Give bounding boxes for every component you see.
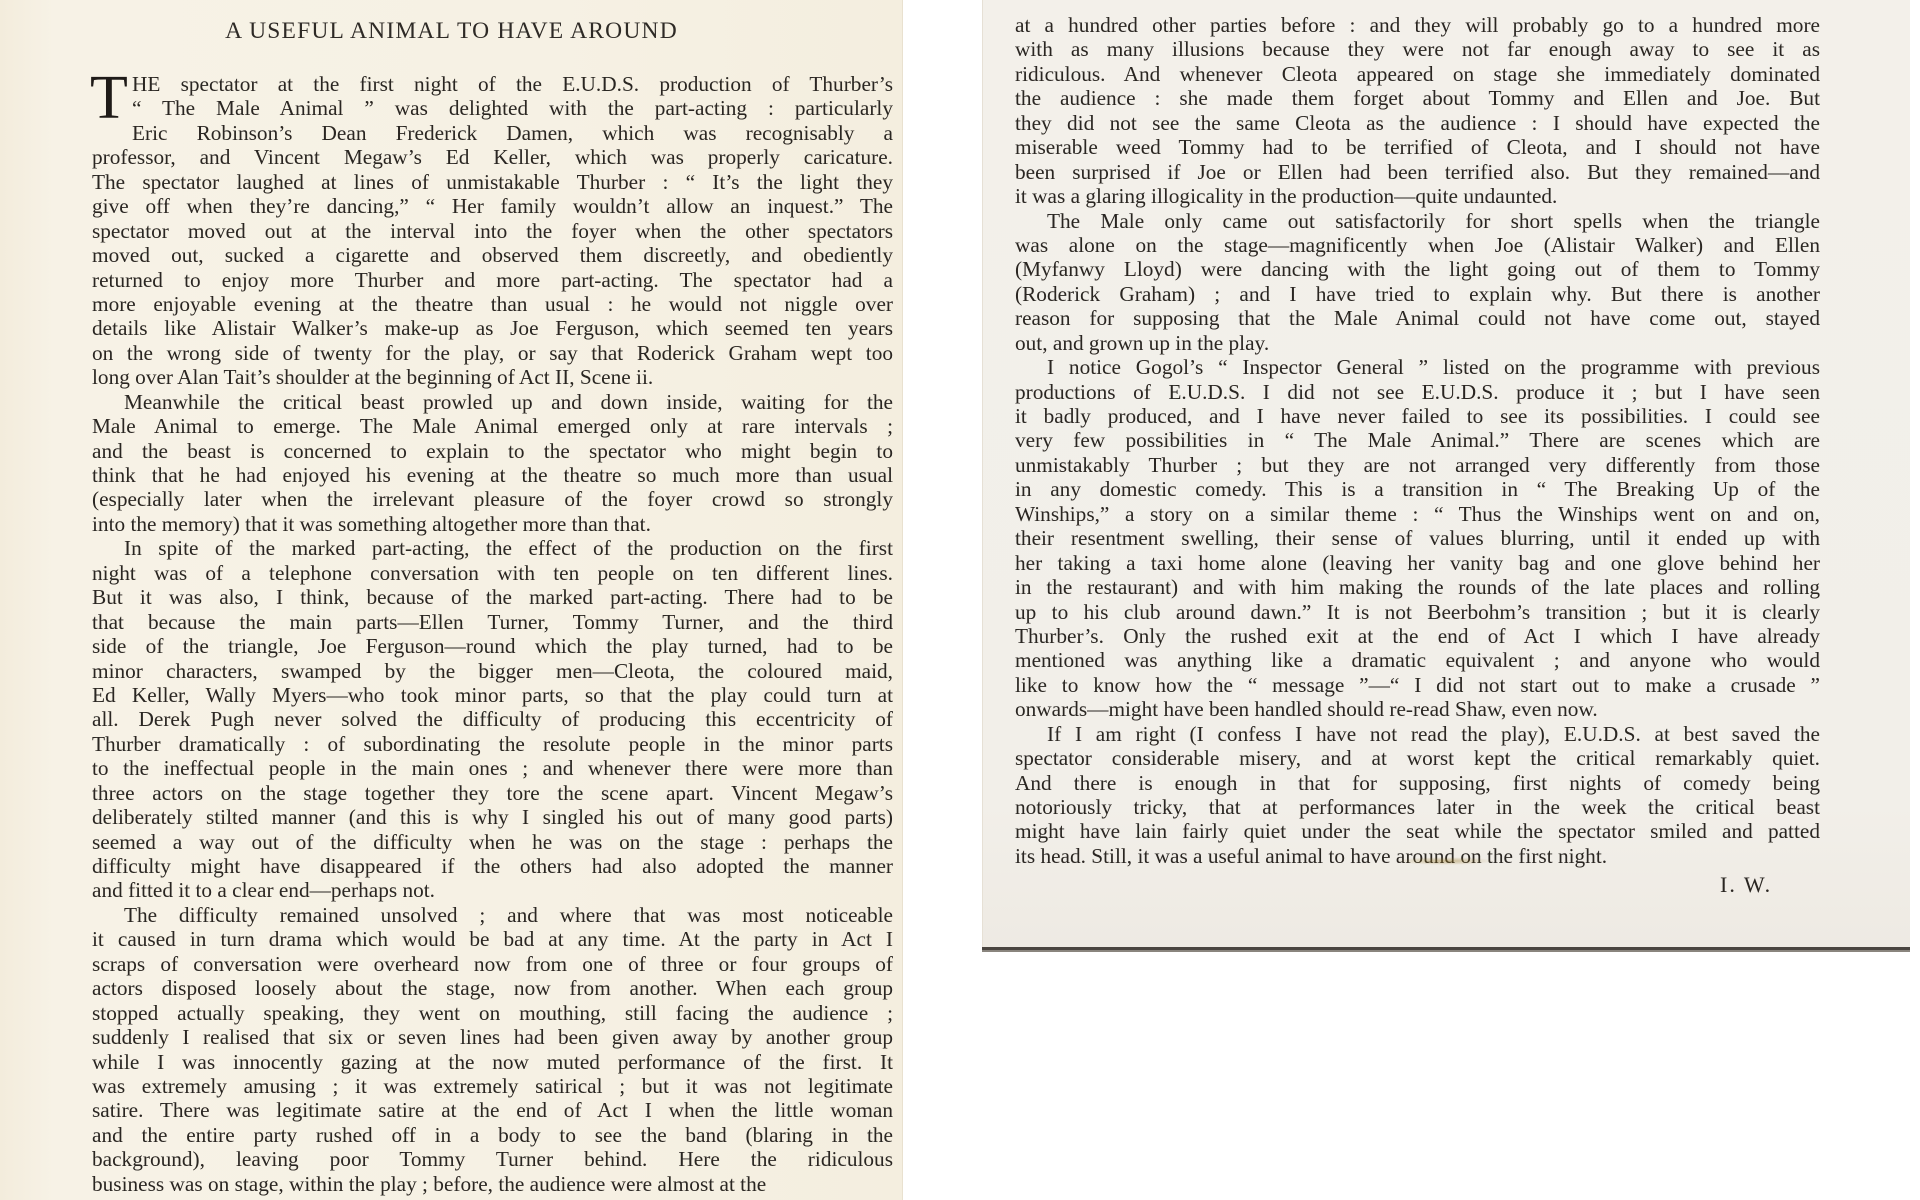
left-page: A USEFUL ANIMAL TO HAVE AROUND T HE spec… bbox=[0, 0, 903, 1200]
text-line: been surprised if Joe or Ellen had been … bbox=[1015, 160, 1820, 184]
text-line: all. Derek Pugh never solved the difficu… bbox=[92, 707, 893, 731]
text-line: to the ineffectual people in the main on… bbox=[92, 756, 893, 780]
text-line: on the wrong side of twenty for the play… bbox=[92, 341, 893, 365]
text-line: at a hundred other parties before : and … bbox=[1015, 13, 1820, 37]
text-line: was alone on the stage—magnificently whe… bbox=[1015, 233, 1820, 257]
text-line: And there is enough in that for supposin… bbox=[1015, 771, 1820, 795]
text-line: scraps of conversation were overheard no… bbox=[92, 952, 893, 976]
text-line: Ed Keller, Wally Myers—who took minor pa… bbox=[92, 683, 893, 707]
article-title: A USEFUL ANIMAL TO HAVE AROUND bbox=[0, 18, 903, 45]
text-line: (Roderick Graham) ; and I have tried to … bbox=[1015, 282, 1820, 306]
text-line: and the beast is concerned to explain to… bbox=[92, 439, 893, 463]
text-line: seemed a way out of the difficulty when … bbox=[92, 830, 893, 854]
drop-cap: T bbox=[90, 74, 128, 122]
text-line: give off when they’re dancing,” “ Her fa… bbox=[92, 194, 893, 218]
text-line: it was a glaring illogicality in the pro… bbox=[1015, 184, 1820, 208]
text-line: and fitted it to a clear end—perhaps not… bbox=[92, 878, 893, 902]
text-line: their resentment swelling, their sense o… bbox=[1015, 526, 1820, 550]
text-line: like to know how the “ message ”—“ I did… bbox=[1015, 673, 1820, 697]
text-line: background), leaving poor Tommy Turner b… bbox=[92, 1147, 893, 1171]
text-line: HE spectator at the first night of the E… bbox=[92, 72, 893, 96]
text-line: while I was innocently gazing at the now… bbox=[92, 1050, 893, 1074]
text-line: suddenly I realised that six or seven li… bbox=[92, 1025, 893, 1049]
text-line: mentioned was anything like a dramatic e… bbox=[1015, 648, 1820, 672]
text-line: was extremely amusing ; it was extremely… bbox=[92, 1074, 893, 1098]
text-line: Male Animal to emerge. The Male Animal e… bbox=[92, 414, 893, 438]
text-line: onwards—might have been handled should r… bbox=[1015, 697, 1820, 721]
text-line: productions of E.U.D.S. I did not see E.… bbox=[1015, 380, 1820, 404]
text-line: her taking a taxi home alone (leaving he… bbox=[1015, 551, 1820, 575]
text-line: (especially later when the irrelevant pl… bbox=[92, 487, 893, 511]
text-line: Thurber’s. Only the rushed exit at the e… bbox=[1015, 624, 1820, 648]
text-line: business was on stage, within the play ;… bbox=[92, 1172, 893, 1196]
text-line: actors disposed loosely about the stage,… bbox=[92, 976, 893, 1000]
text-line: In spite of the marked part-acting, the … bbox=[92, 536, 893, 560]
text-line: reason for supposing that the Male Anima… bbox=[1015, 306, 1820, 330]
text-line: three actors on the stage together they … bbox=[92, 781, 893, 805]
text-line: Winships,” a story on a similar theme : … bbox=[1015, 502, 1820, 526]
text-line: returned to enjoy more Thurber and more … bbox=[92, 268, 893, 292]
text-line: moved out, sucked a cigarette and observ… bbox=[92, 243, 893, 267]
left-column-lines: HE spectator at the first night of the E… bbox=[92, 72, 893, 1196]
text-line: more enjoyable evening at the theatre th… bbox=[92, 292, 893, 316]
text-line: minor characters, swamped by the bigger … bbox=[92, 659, 893, 683]
text-line: details like Alistair Walker’s make-up a… bbox=[92, 316, 893, 340]
text-line: in the restaurant) and with him making t… bbox=[1015, 575, 1820, 599]
text-line: night was of a telephone conversation wi… bbox=[92, 561, 893, 585]
text-line: stopped actually speaking, they went on … bbox=[92, 1001, 893, 1025]
text-line: it caused in turn drama which would be b… bbox=[92, 927, 893, 951]
text-line: But it was also, I think, because of the… bbox=[92, 585, 893, 609]
text-line: spectator considerable misery, and at wo… bbox=[1015, 746, 1820, 770]
right-column: at a hundred other parties before : and … bbox=[1015, 13, 1820, 868]
text-line: spectator moved out at the interval into… bbox=[92, 219, 893, 243]
text-line: and the entire party rushed off in a bod… bbox=[92, 1123, 893, 1147]
text-line: think that he had enjoyed his evening at… bbox=[92, 463, 893, 487]
text-line: miserable weed Tommy had to be terrified… bbox=[1015, 135, 1820, 159]
text-line: in any domestic comedy. This is a transi… bbox=[1015, 477, 1820, 501]
text-line: they did not see the same Cleota as the … bbox=[1015, 111, 1820, 135]
text-line: unmistakably Thurber ; but they are not … bbox=[1015, 453, 1820, 477]
text-line: professor, and Vincent Megaw’s Ed Keller… bbox=[92, 145, 893, 169]
text-line: (Myfanwy Lloyd) were dancing with the li… bbox=[1015, 257, 1820, 281]
author-signature: I. W. bbox=[1720, 872, 1772, 898]
text-line: The difficulty remained unsolved ; and w… bbox=[92, 903, 893, 927]
text-line: that because the main parts—Ellen Turner… bbox=[92, 610, 893, 634]
text-line: into the memory) that it was something a… bbox=[92, 512, 893, 536]
text-line: The spectator laughed at lines of unmist… bbox=[92, 170, 893, 194]
paper-stain bbox=[1395, 857, 1495, 865]
text-line: side of the triangle, Joe Ferguson—round… bbox=[92, 634, 893, 658]
text-line: out, and grown up in the play. bbox=[1015, 331, 1820, 355]
text-line: with as many illusions because they were… bbox=[1015, 37, 1820, 61]
text-line: The Male only came out satisfactorily fo… bbox=[1015, 209, 1820, 233]
text-line: deliberately stilted manner (and this is… bbox=[92, 805, 893, 829]
text-line: If I am right (I confess I have not read… bbox=[1015, 722, 1820, 746]
text-line: difficulty might have disappeared if the… bbox=[92, 854, 893, 878]
text-line: very few possibilities in “ The Male Ani… bbox=[1015, 428, 1820, 452]
text-line: “ The Male Animal ” was delighted with t… bbox=[92, 96, 893, 120]
text-line: satire. There was legitimate satire at t… bbox=[92, 1098, 893, 1122]
text-line: ridiculous. And whenever Cleota appeared… bbox=[1015, 62, 1820, 86]
text-line: notoriously tricky, that at performances… bbox=[1015, 795, 1820, 819]
text-line: I notice Gogol’s “ Inspector General ” l… bbox=[1015, 355, 1820, 379]
text-line: Meanwhile the critical beast prowled up … bbox=[92, 390, 893, 414]
text-line: Thurber dramatically : of subordinating … bbox=[92, 732, 893, 756]
right-column-lines: at a hundred other parties before : and … bbox=[1015, 13, 1820, 868]
text-line: long over Alan Tait’s shoulder at the be… bbox=[92, 365, 893, 389]
text-line: it badly produced, and I have never fail… bbox=[1015, 404, 1820, 428]
text-line: up to his club around dawn.” It is not B… bbox=[1015, 600, 1820, 624]
text-line: might have lain fairly quiet under the s… bbox=[1015, 819, 1820, 843]
left-column: T HE spectator at the first night of the… bbox=[92, 72, 893, 1196]
text-line: Eric Robinson’s Dean Frederick Damen, wh… bbox=[92, 121, 893, 145]
text-line: the audience : she made them forget abou… bbox=[1015, 86, 1820, 110]
